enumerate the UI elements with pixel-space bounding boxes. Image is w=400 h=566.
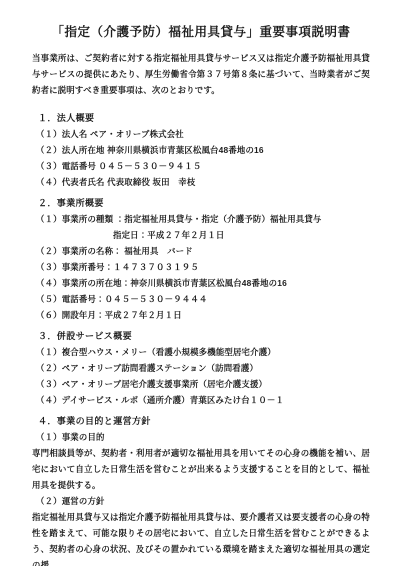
section-1-heading: １．法人概要: [32, 110, 370, 126]
adjacent-service-2: （２）ペア・オリーブ訪問看護ステーション（訪問看護）: [32, 360, 370, 376]
purpose-subheading: （１）事業の目的: [32, 429, 370, 445]
corporate-address: （２）法人所在地 神奈川県横浜市青葉区松風台48番地の16: [32, 142, 370, 158]
section-4-heading: ４．事業の目的と運営方針: [32, 413, 370, 429]
policy-paragraph: 指定福祉用具貸与又は指定介護予防福祉用具貸与は、要介護者又は要支援者の心身の特性…: [32, 509, 370, 566]
adjacent-service-4: （４）デイサービス・ルポ（通所介護）青葉区みたけ台１０－１: [32, 392, 370, 408]
section-office-overview: ２．事業所概要 （１）事業所の種類 ：指定福祉用具貸与・指定（介護予防）福祉用具…: [32, 195, 370, 323]
document-page: 「指定（介護予防）福祉用具貸与」重要事項説明書 当事業所は、ご契約者に対する指定…: [0, 0, 400, 566]
designation-date: 指定日：平成２７年２月１日: [32, 227, 370, 243]
corporate-phone: （３）電話番号 ０４５－５３０－９４１５: [32, 158, 370, 174]
policy-subheading: （２）運営の方針: [32, 493, 370, 509]
intro-paragraph: 当事業所は、ご契約者に対する指定福祉用具貸与サービス又は指定介護予防福祉用具貸与…: [32, 50, 370, 98]
office-address: （４）事業所の所在地：神奈川県横浜市青葉区松風台48番地の16: [32, 275, 370, 291]
purpose-paragraph: 専門相談員等が、契約者・利用者が適切な福祉用具を用いてその心身の機能を補い、居宅…: [32, 445, 370, 493]
adjacent-service-1: （１）複合型ハウス・メリー（看護小規模多機能型居宅介護）: [32, 344, 370, 360]
office-number: （３）事業所番号：１４７３７０３１９５: [32, 259, 370, 275]
section-2-heading: ２．事業所概要: [32, 195, 370, 211]
corporate-name: （１）法人名 ペア・オリーブ株式会社: [32, 126, 370, 142]
corporate-representative: （４）代表者氏名 代表取締役 坂田 幸枝: [32, 174, 370, 190]
office-opening-date: （６）開設年月：平成２７年２月１日: [32, 307, 370, 323]
office-type: （１）事業所の種類 ：指定福祉用具貸与・指定（介護予防）福祉用具貸与: [32, 211, 370, 227]
office-phone: （５）電話番号：０４５－５３０－９４４４: [32, 291, 370, 307]
section-3-heading: ３．併設サービス概要: [32, 328, 370, 344]
section-corporate-overview: １．法人概要 （１）法人名 ペア・オリーブ株式会社 （２）法人所在地 神奈川県横…: [32, 110, 370, 190]
office-name: （２）事業所の名称： 福祉用具 バード: [32, 243, 370, 259]
section-adjacent-services: ３．併設サービス概要 （１）複合型ハウス・メリー（看護小規模多機能型居宅介護） …: [32, 328, 370, 408]
document-title: 「指定（介護予防）福祉用具貸与」重要事項説明書: [32, 22, 370, 42]
adjacent-service-3: （３）ペア・オリーブ居宅介護支援事業所（居宅介護支援）: [32, 376, 370, 392]
section-purpose-policy: ４．事業の目的と運営方針 （１）事業の目的 専門相談員等が、契約者・利用者が適切…: [32, 413, 370, 566]
